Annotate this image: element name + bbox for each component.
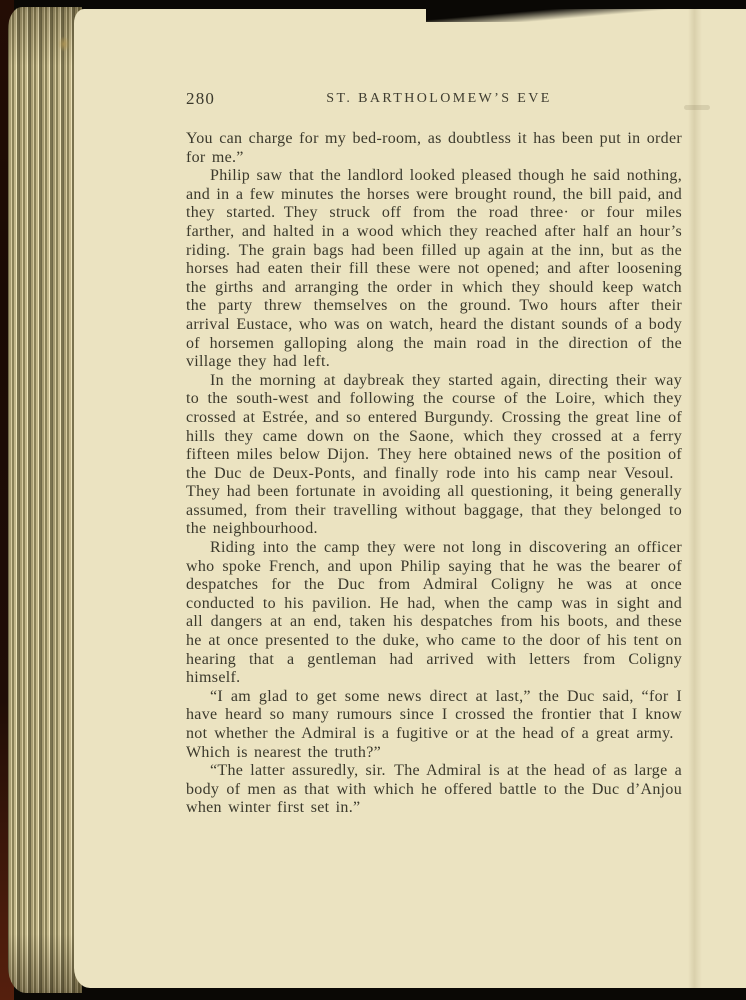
page-crease <box>688 9 702 988</box>
running-title: ST. BARTHOLOMEW’S EVE <box>186 91 692 107</box>
running-header: 280 ST. BARTHOLOMEW’S EVE <box>186 89 682 111</box>
paragraph: In the morning at daybreak they started … <box>186 372 682 539</box>
text-block: You can charge for my bed-room, as doubt… <box>186 130 682 818</box>
paragraph: Riding into the camp they were not long … <box>186 539 682 688</box>
paragraph: “I am glad to get some news direct at la… <box>186 688 682 762</box>
paragraph: You can charge for my bed-room, as doubt… <box>186 130 682 167</box>
scanner-shadow-top-right <box>426 0 746 22</box>
page-edges-stack <box>8 7 82 993</box>
paragraph: “The latter assuredly, sir. The Admiral … <box>186 762 682 818</box>
book-scan: 280 ST. BARTHOLOMEW’S EVE You can charge… <box>0 0 746 1000</box>
book-page: 280 ST. BARTHOLOMEW’S EVE You can charge… <box>74 9 746 988</box>
page-edge-blemish <box>58 36 70 52</box>
paragraph: Philip saw that the landlord looked plea… <box>186 167 682 372</box>
